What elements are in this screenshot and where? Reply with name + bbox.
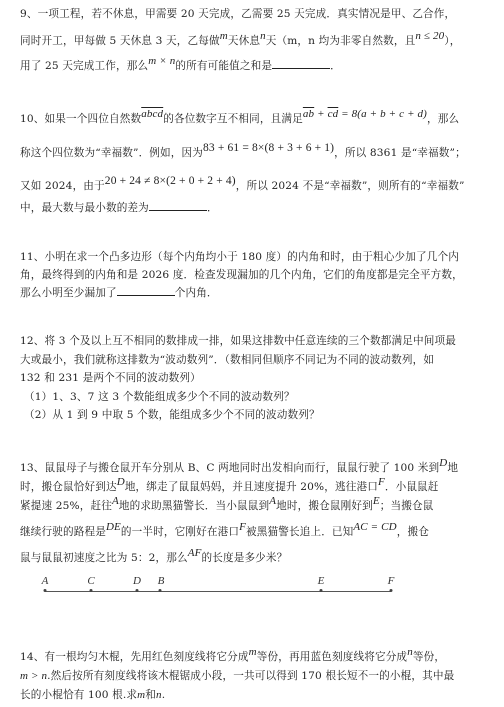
q12-text: （2）从 1 到 9 中取 5 个数，能组成多少个不同的波动数列？ [24,409,320,421]
q12-text: 12、将 3 个及以上互不相同的数排成一排，如果这排数中任意连续的三个数都满足中… [20,335,456,347]
math-abcd: abcd [141,108,163,120]
math-condition: n ≤ 20 [415,30,444,42]
q10-line-1: 10、如果一个四位自然数abcd的各位数字互不相同，且满足ab + cd = 8… [20,111,459,126]
q10-text: ，所以 2024 不是“幸福数”，则所有的“幸福数” [236,180,465,192]
number-line-axis [45,591,391,592]
point-label-F: F [388,575,395,587]
q12-text: 132 和 231 是两个不同的波动数列） [20,372,201,384]
q13-line-5: 鼠与鼠鼠初速度之比为 5：2，那么AF的长度是多少米？ [20,550,287,565]
q9-line-2: 同时开工，甲每做 5 天休息 3 天，乙每做m天休息n天（m，n 均为非零自然数… [20,33,461,48]
q13-text: 的长度是多少米？ [201,552,287,564]
q13-line-2: 时，搬仓鼠恰好到达D地，绑走了鼠鼠妈妈，并且速度提升 20%，逃往港口F．小鼠鼠… [20,479,439,494]
number-line-diagram: A C D B E F [0,570,504,600]
q13-line-4: 继续行驶的路程是DE的一半时，它刚好在港口F被黑猫警长追上．已知AC = CD，… [20,524,429,539]
q13-text: 地，绑走了鼠鼠妈妈，并且速度提升 20%，逃往港口 [125,481,378,493]
q14-text: .然后按所有刻度线将该木棍锯成小段，一共可以得到 170 根长短不一的小棍，其中… [47,670,454,682]
q13-text: 地时，搬仓鼠刚好到 [276,500,373,512]
math-m: m [249,646,257,658]
q13-text: ，搬仓 [397,526,429,538]
q11-line-3: 那么小明至少漏加了个内角． [20,285,218,300]
q11-text: 那么小明至少漏加了 [20,287,117,299]
q10-line-4: 中，最大数与最小数的差为． [20,200,218,215]
answer-blank [117,285,175,296]
point-label-E: E [318,575,325,587]
q14-line-1: 14、有一根均匀木棍，先用红色刻度线将它分成m等份，再用蓝色刻度线将它分成n等份… [20,649,445,664]
answer-blank [149,200,207,211]
q9-text: 天休息 [228,35,260,47]
math-AF: AF [188,547,202,559]
q11-line-1: 11、小明在求一个凸多边形（每个内角均小于 180 度）的内角和时，由于粗心少加… [20,249,459,264]
q9-text: 的所有可能值之和是 [175,60,272,72]
q14-line-3: 长的小棍恰有 100 根.求m和n. [20,687,165,702]
q10-text: ，那么 [427,113,459,125]
q13-text: 鼠与鼠鼠初速度之比为 5：2，那么 [20,552,188,564]
q9-line-1: 9、一项工程，若不休息，甲需要 20 天完成，乙需要 25 天完成．真实情况是甲… [20,6,455,21]
q13-line-3: 紧提速 25%，赶往A地的求助黑猫警长．当小鼠鼠到A地时，搬仓鼠刚好到E；当搬仓… [20,498,433,513]
q13-text: ．小鼠鼠赶 [385,481,439,493]
q11-text: 个内角． [175,287,218,299]
q13-line-1: 13、鼠鼠母子与搬仓鼠开车分别从 B、C 两地同时出发相向而行，鼠鼠行驶了 10… [20,460,458,475]
q12-subquestion-1: （1）1、3、7 这 3 个数能组成多少个不同的波动数列？ [24,389,295,404]
point-label-A: A [42,575,49,587]
q10-text: 称这个四位数为“幸福数”．例如，因为 [20,147,203,159]
q14-line-2: m > n.然后按所有刻度线将该木棍锯成小段，一共可以得到 170 根长短不一的… [20,668,454,683]
q9-text: 天（m，n 均为非零自然数，且 [266,35,416,47]
q12-text: 大或最小，我们就称这排数为“波动数列”．（数相同但顺序不同记为不同的波动数列，如 [20,354,434,366]
math-F: F [239,521,246,533]
math-n: n [407,646,413,658]
point-B [159,589,162,592]
q9-text: 同时开工，甲每做 5 天休息 3 天，乙每做 [20,35,220,47]
q10-text: 又如 2024，由于 [20,180,105,192]
q10-text: ． [207,202,218,214]
math-E: E [373,495,380,507]
math-DE: DE [106,521,121,533]
q9-text: 9、一项工程，若不休息，甲需要 20 天完成，乙需要 25 天完成．真实情况是甲… [20,8,455,20]
answer-blank [272,58,330,69]
math-D: D [439,457,447,469]
q13-text: 被黑猫警长追上．已知 [246,526,353,538]
math-example-1: 83 + 61 = 8×(8 + 3 + 6 + 1) [203,142,334,154]
q13-text: 的一半时，它刚好在港口 [121,526,239,538]
q9-text: 用了 25 天完成工作，那么 [20,60,148,72]
q10-text: 10、如果一个四位自然数 [20,113,141,125]
q10-text: ，所以 8361 是“幸福数”； [334,147,466,159]
math-n: n [260,30,266,42]
point-A [44,589,47,592]
point-C [90,589,93,592]
q9-text: ． [330,60,341,72]
q12-text: （1）1、3、7 这 3 个数能组成多少个不同的波动数列？ [24,391,295,403]
q13-text: 地的求助黑猫警长．当小鼠鼠到 [119,500,269,512]
q10-line-3: 又如 2024，由于20 + 24 ≠ 8×(2 + 0 + 2 + 4)，所以… [20,178,465,193]
point-F [390,589,393,592]
q10-line-2: 称这个四位数为“幸福数”．例如，因为83 + 61 = 8×(8 + 3 + 6… [20,145,466,160]
math-cd: cd [328,108,339,120]
q13-text: 地 [447,462,458,474]
math-D: D [117,476,125,488]
q13-text: ；当搬仓鼠 [380,500,434,512]
q14-text: 等份， [413,651,445,663]
q14-text: 14、有一根均匀木棍，先用红色刻度线将它分成 [20,651,249,663]
math-equation: ab + cd = 8(a + b + c + d) [303,108,427,120]
q13-text: 紧提速 25%，赶往 [20,500,112,512]
math-AC-equals-CD: AC = CD [353,521,396,533]
math-m-greater-n: m > n [20,670,47,682]
q9-text: ）， [444,35,460,47]
point-D [136,589,139,592]
point-E [320,589,323,592]
q11-text: 11、小明在求一个凸多边形（每个内角均小于 180 度）的内角和时，由于粗心少加… [20,251,459,263]
q12-subquestion-2: （2）从 1 到 9 中取 5 个数，能组成多少个不同的波动数列？ [24,407,320,422]
math-A: A [269,495,276,507]
math-plus: + [314,108,327,120]
point-label-D: D [133,575,141,587]
math-A: A [112,495,119,507]
q10-text: 中，最大数与最小数的差为 [20,202,149,214]
q14-text: . [162,689,166,701]
math-F: F [378,476,385,488]
q10-text: 的各位数字互不相同，且满足 [163,113,303,125]
math-rhs: = 8(a + b + c + d) [338,108,427,120]
q14-text: 长的小棍恰有 100 根.求 [20,689,137,701]
point-label-C: C [87,575,94,587]
q13-text: 13、鼠鼠母子与搬仓鼠开车分别从 B、C 两地同时出发相向而行，鼠鼠行驶了 10… [20,462,439,474]
q13-text: 时，搬仓鼠恰好到达 [20,481,117,493]
q9-line-3: 用了 25 天完成工作，那么m × n的所有可能值之和是． [20,58,341,73]
point-label-B: B [158,575,165,587]
q14-text: 等份，再用蓝色刻度线将它分成 [257,651,407,663]
q12-line-3: 132 和 231 是两个不同的波动数列） [20,370,201,385]
q12-line-2: 大或最小，我们就称这排数为“波动数列”．（数相同但顺序不同记为不同的波动数列，如 [20,352,434,367]
math-ab: ab [303,108,314,120]
q11-line-2: 角，最终得到的内角和是 2026 度．检查发现漏加的几个内角，它们的角度都是完全… [20,267,463,282]
q14-text: 和 [145,689,156,701]
math-m: m [220,30,228,42]
q12-line-1: 12、将 3 个及以上互不相同的数排成一排，如果这排数中任意连续的三个数都满足中… [20,333,456,348]
math-example-2: 20 + 24 ≠ 8×(2 + 0 + 2 + 4) [105,175,236,187]
math-m-times-n: m × n [148,55,175,67]
q11-text: 角，最终得到的内角和是 2026 度．检查发现漏加的几个内角，它们的角度都是完全… [20,269,463,281]
q13-text: 继续行驶的路程是 [20,526,106,538]
